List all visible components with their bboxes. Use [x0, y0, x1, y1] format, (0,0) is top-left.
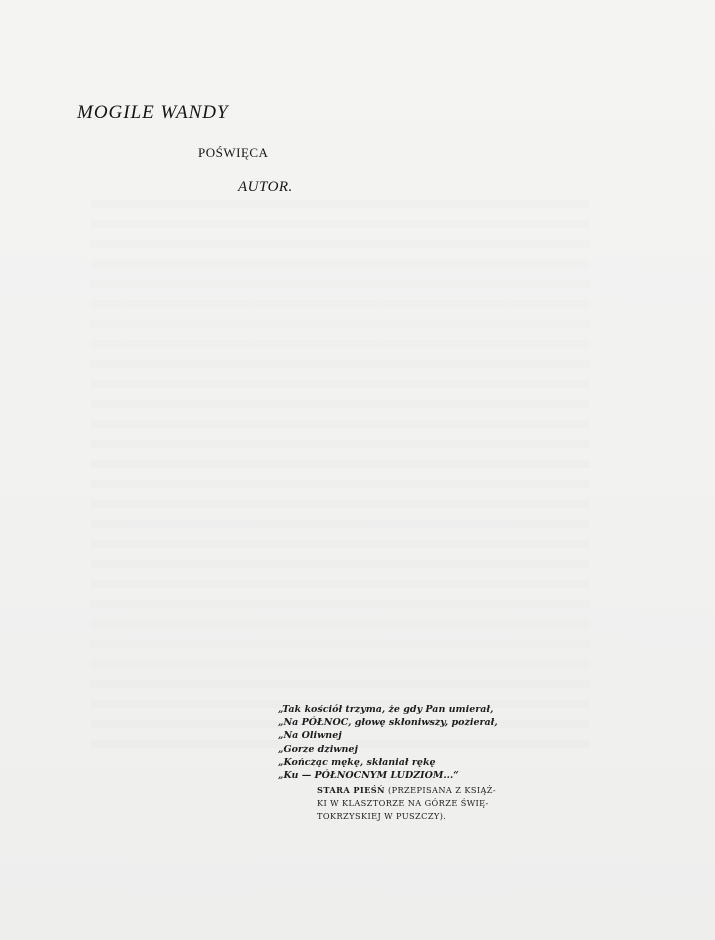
epigraph-line: „Kończąc mękę, skłaniał rękę — [278, 756, 498, 769]
epigraph-line: „Ku — PÓŁNOCNYM LUDZIOM...“ — [278, 769, 498, 782]
source-line: KI W KLASZTORZE NA GÓRZE ŚWIĘ- — [317, 797, 532, 810]
bleed-through-shadow — [90, 200, 590, 760]
epigraph-source: STARA PIEŚŃ (PRZEPISANA Z KSIĄŻ- KI W KL… — [317, 784, 532, 823]
source-title: STARA PIEŚŃ — [317, 785, 385, 795]
source-line: (PRZEPISANA Z KSIĄŻ- — [388, 785, 496, 795]
epigraph-line: „Na PÓŁNOC, głowę skłoniwszy, pozierał, — [278, 716, 498, 729]
book-page: MOGILE WANDY POŚWIĘCA AUTOR. „Tak kośció… — [0, 0, 715, 940]
source-line: TOKRZYSKIEJ W PUSZCZY). — [317, 810, 532, 823]
dedication-author: AUTOR. — [238, 179, 293, 196]
epigraph-line: „Gorze dziwnej — [278, 743, 498, 756]
epigraph-line: „Tak kościół trzyma, że gdy Pan umierał, — [278, 703, 498, 716]
dedication-verb: POŚWIĘCA — [198, 145, 268, 161]
epigraph-line: „Na Oliwnej — [278, 729, 498, 742]
dedication-title: MOGILE WANDY — [77, 102, 229, 124]
epigraph: „Tak kościół trzyma, że gdy Pan umierał,… — [278, 703, 498, 782]
